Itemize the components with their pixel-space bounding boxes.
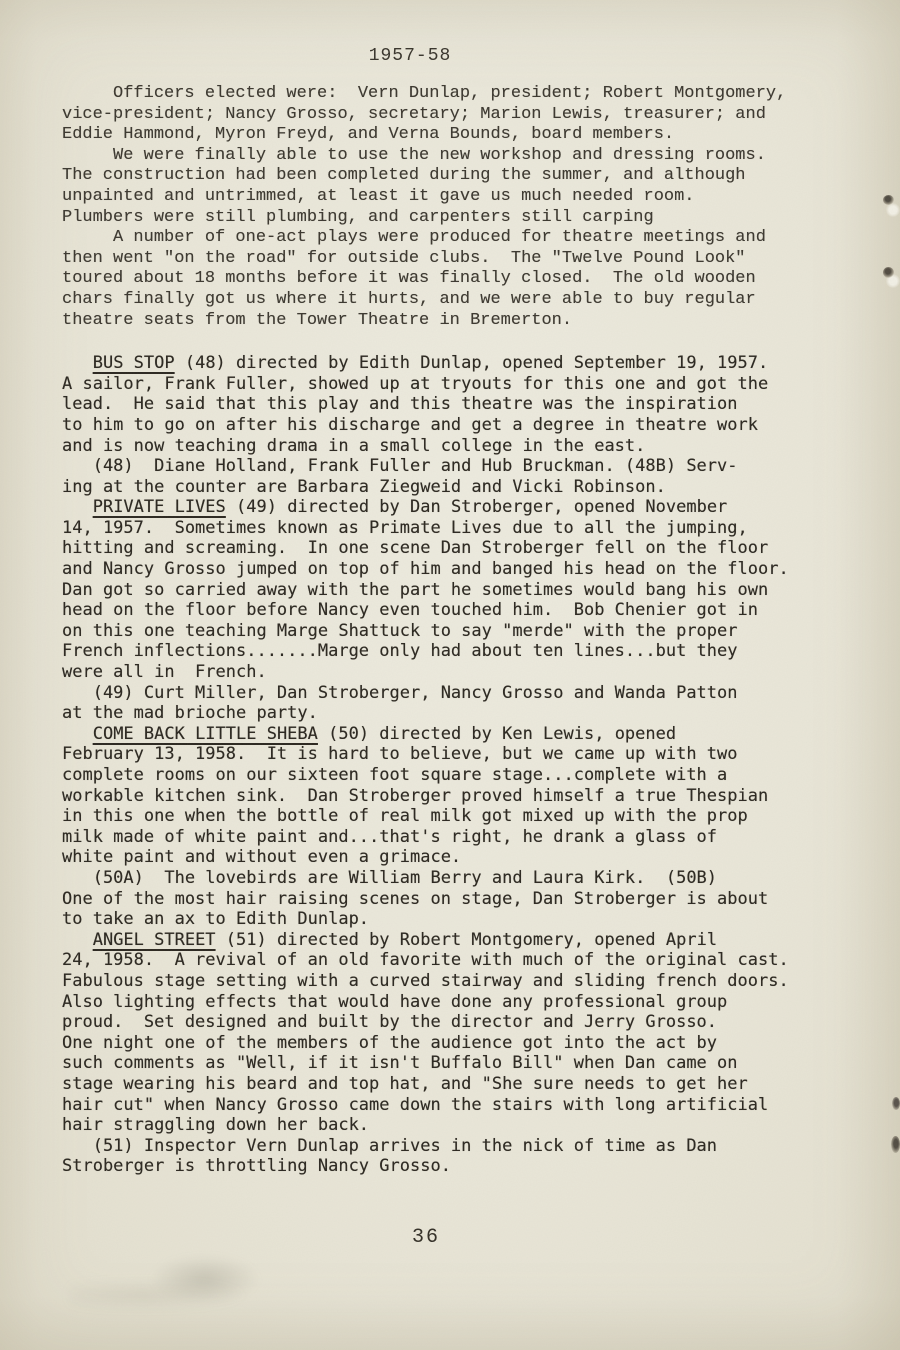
come-back-little-sheba-paragraph: COME BACK LITTLE SHEBA (50) directed by … bbox=[62, 724, 812, 868]
play-title-underlined: PRIVATE LIVES bbox=[93, 497, 226, 517]
text-line: hair straggling down her back. bbox=[62, 1115, 812, 1136]
text-line: The construction had been completed duri… bbox=[62, 166, 812, 187]
text-line: were all in French. bbox=[62, 662, 812, 683]
text-line: Plumbers were still plumbing, and carpen… bbox=[62, 208, 812, 229]
text-line: theatre seats from the Tower Theatre in … bbox=[62, 311, 812, 332]
bus-stop-photo-caption: (48) Diane Holland, Frank Fuller and Hub… bbox=[62, 456, 812, 497]
text-line: ANGEL STREET (51) directed by Robert Mon… bbox=[62, 930, 812, 951]
text-line: ing at the counter are Barbara Ziegweid … bbox=[62, 477, 812, 498]
text-line: Officers elected were: Vern Dunlap, pres… bbox=[62, 84, 812, 105]
text-line: stage wearing his beard and top hat, and… bbox=[62, 1074, 812, 1095]
text-line: workable kitchen sink. Dan Stroberger pr… bbox=[62, 786, 812, 807]
text-line: hair cut" when Nancy Grosso came down th… bbox=[62, 1095, 812, 1116]
text-line: Also lighting effects that would have do… bbox=[62, 992, 812, 1013]
text-line: BUS STOP (48) directed by Edith Dunlap, … bbox=[62, 353, 812, 374]
sheba-photo-caption: (50A) The lovebirds are William Berry an… bbox=[62, 868, 812, 930]
angel-street-photo-caption: (51) Inspector Vern Dunlap arrives in th… bbox=[62, 1136, 812, 1177]
text-line: We were finally able to use the new work… bbox=[62, 146, 812, 167]
one-act-plays-paragraph: A number of one-act plays were produced … bbox=[62, 228, 812, 331]
plays-section: BUS STOP (48) directed by Edith Dunlap, … bbox=[62, 353, 812, 1177]
text-line: then went "on the road" for outside club… bbox=[62, 249, 812, 270]
bus-stop-paragraph: BUS STOP (48) directed by Edith Dunlap, … bbox=[62, 353, 812, 456]
text-line: proud. Set designed and built by the dir… bbox=[62, 1012, 812, 1033]
text-line: lead. He said that this play and this th… bbox=[62, 394, 812, 415]
text-line: complete rooms on our sixteen foot squar… bbox=[62, 765, 812, 786]
play-title-underlined: BUS STOP bbox=[93, 353, 175, 373]
text-line: milk made of white paint and...that's ri… bbox=[62, 827, 812, 848]
text-line: One night one of the members of the audi… bbox=[62, 1033, 812, 1054]
text-line: head on the floor before Nancy even touc… bbox=[62, 600, 812, 621]
text-line: unpainted and untrimmed, at least it gav… bbox=[62, 187, 812, 208]
text-line: 24, 1958. A revival of an old favorite w… bbox=[62, 950, 812, 971]
staple-hole-mark bbox=[883, 195, 894, 205]
text-line: chars finally got us where it hurts, and… bbox=[62, 290, 812, 311]
text-line: February 13, 1958. It is hard to believe… bbox=[62, 744, 812, 765]
text-line: 14, 1957. Sometimes known as Primate Liv… bbox=[62, 518, 812, 539]
scanned-yearbook-page: 1957-58 Officers elected were: Vern Dunl… bbox=[0, 0, 900, 1350]
document-body: Officers elected were: Vern Dunlap, pres… bbox=[62, 84, 812, 1177]
text-line: vice-president; Nancy Grosso, secretary;… bbox=[62, 105, 812, 126]
staple-hole-halo bbox=[886, 203, 900, 217]
text-line: One of the most hair raising scenes on s… bbox=[62, 889, 812, 910]
text-line: (48) Diane Holland, Frank Fuller and Hub… bbox=[62, 456, 812, 477]
play-title-underlined: ANGEL STREET bbox=[93, 930, 216, 950]
paper-smudge bbox=[70, 1280, 250, 1310]
binding-edge-mark bbox=[892, 1097, 900, 1110]
angel-street-paragraph: ANGEL STREET (51) directed by Robert Mon… bbox=[62, 930, 812, 1136]
text-line: hitting and screaming. In one scene Dan … bbox=[62, 538, 812, 559]
text-line: on this one teaching Marge Shattuck to s… bbox=[62, 621, 812, 642]
text-line: toured about 18 months before it was fin… bbox=[62, 269, 812, 290]
binding-edge-mark bbox=[891, 1136, 900, 1153]
text-line: COME BACK LITTLE SHEBA (50) directed by … bbox=[62, 724, 812, 745]
intro-section: Officers elected were: Vern Dunlap, pres… bbox=[62, 84, 812, 331]
text-line: white paint and without even a grimace. bbox=[62, 847, 812, 868]
text-line: Eddie Hammond, Myron Freyd, and Verna Bo… bbox=[62, 125, 812, 146]
text-line: (50A) The lovebirds are William Berry an… bbox=[62, 868, 812, 889]
text-line: PRIVATE LIVES (49) directed by Dan Strob… bbox=[62, 497, 812, 518]
text-line: in this one when the bottle of real milk… bbox=[62, 806, 812, 827]
text-line: and is now teaching drama in a small col… bbox=[62, 436, 812, 457]
officers-paragraph: Officers elected were: Vern Dunlap, pres… bbox=[62, 84, 812, 146]
text-line: to take an ax to Edith Dunlap. bbox=[62, 909, 812, 930]
text-line: Dan got so carried away with the part he… bbox=[62, 580, 812, 601]
workshop-paragraph: We were finally able to use the new work… bbox=[62, 146, 812, 228]
text-line: A sailor, Frank Fuller, showed up at try… bbox=[62, 374, 812, 395]
text-line: to him to go on after his discharge and … bbox=[62, 415, 812, 436]
text-line: French inflections.......Marge only had … bbox=[62, 641, 812, 662]
text-line: (51) Inspector Vern Dunlap arrives in th… bbox=[62, 1136, 812, 1157]
text-line: (49) Curt Miller, Dan Stroberger, Nancy … bbox=[62, 683, 812, 704]
text-line: and Nancy Grosso jumped on top of him an… bbox=[62, 559, 812, 580]
staple-hole-mark bbox=[883, 267, 894, 278]
private-lives-paragraph: PRIVATE LIVES (49) directed by Dan Strob… bbox=[62, 497, 812, 682]
text-line: such comments as "Well, if it isn't Buff… bbox=[62, 1053, 812, 1074]
text-line: A number of one-act plays were produced … bbox=[62, 228, 812, 249]
text-line: Stroberger is throttling Nancy Grosso. bbox=[62, 1156, 812, 1177]
page-title: 1957-58 bbox=[0, 46, 820, 66]
text-line: at the mad brioche party. bbox=[62, 703, 812, 724]
play-title-underlined: COME BACK LITTLE SHEBA bbox=[93, 724, 318, 744]
page-number: 36 bbox=[412, 1226, 440, 1249]
private-lives-photo-caption: (49) Curt Miller, Dan Stroberger, Nancy … bbox=[62, 683, 812, 724]
text-line: Fabulous stage setting with a curved sta… bbox=[62, 971, 812, 992]
